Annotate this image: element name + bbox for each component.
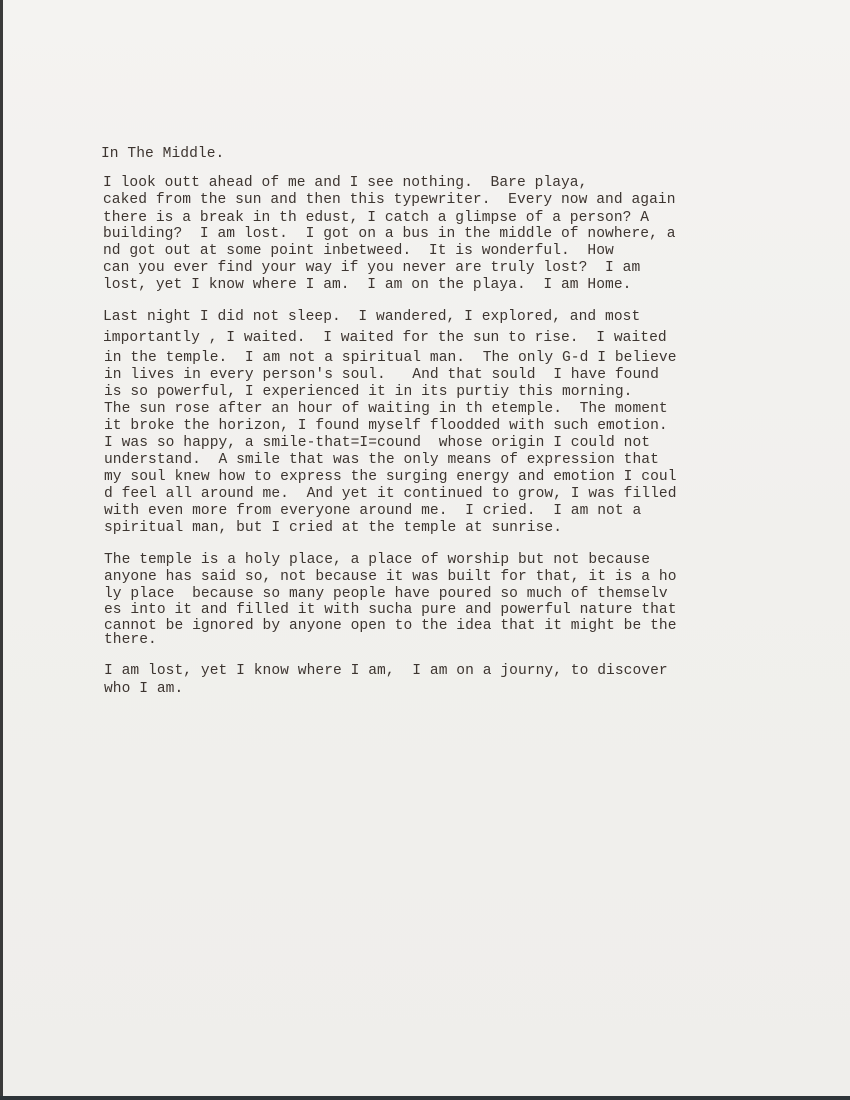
text-line: importantly , I waited. I waited for the…	[103, 331, 667, 346]
scan-edge-bottom	[0, 1096, 850, 1100]
text-line: d feel all around me. And yet it continu…	[104, 487, 677, 502]
text-line: building? I am lost. I got on a bus in t…	[103, 227, 676, 242]
document-title: In The Middle.	[101, 147, 224, 162]
text-line: understand. A smile that was the only me…	[104, 453, 659, 468]
text-line: caked from the sun and then this typewri…	[103, 193, 676, 208]
text-line: can you ever find your way if you never …	[103, 261, 640, 276]
text-line: is so powerful, I experienced it in its …	[104, 385, 632, 400]
text-line: nd got out at some point inbetweed. It i…	[103, 244, 614, 259]
text-line: anyone has said so, not because it was b…	[104, 570, 677, 585]
text-line: I look outt ahead of me and I see nothin…	[103, 176, 587, 191]
text-line: I am lost, yet I know where I am, I am o…	[104, 664, 668, 679]
text-line: The temple is a holy place, a place of w…	[104, 553, 650, 568]
text-line: es into it and filled it with sucha pure…	[104, 603, 677, 618]
text-line: it broke the horizon, I found myself flo…	[104, 419, 668, 434]
text-line: lost, yet I know where I am. I am on the…	[103, 278, 631, 293]
text-line: in lives in every person's soul. And tha…	[104, 368, 659, 383]
text-line: there.	[104, 633, 157, 648]
text-line: I was so happy, a smile-that=I=cound who…	[104, 436, 650, 451]
typewritten-page	[3, 0, 850, 1096]
text-line: in the temple. I am not a spiritual man.…	[104, 351, 677, 366]
text-line: who I am.	[104, 682, 183, 697]
text-line: cannot be ignored by anyone open to the …	[104, 619, 677, 634]
text-line: spiritual man, but I cried at the temple…	[104, 521, 562, 536]
text-line: there is a break in th edust, I catch a …	[103, 211, 649, 226]
text-line: Last night I did not sleep. I wandered, …	[103, 310, 640, 325]
text-line: my soul knew how to express the surging …	[104, 470, 677, 485]
text-line: ly place because so many people have pou…	[104, 587, 668, 602]
text-line: The sun rose after an hour of waiting in…	[104, 402, 668, 417]
text-line: with even more from everyone around me. …	[104, 504, 641, 519]
